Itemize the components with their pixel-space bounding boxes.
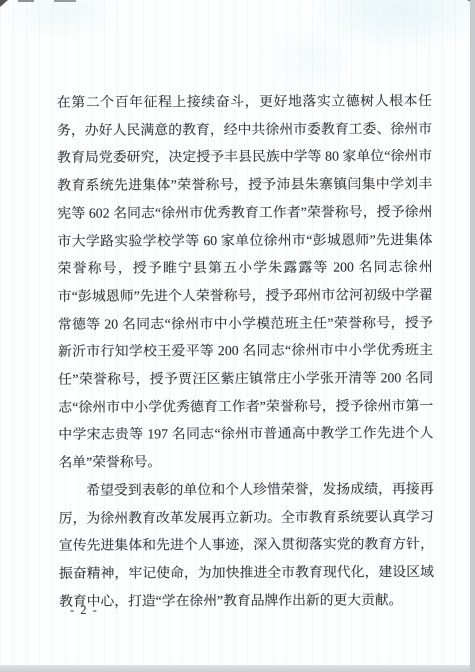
scan-artifact-top-edge-dash: [54, 0, 76, 2]
paragraph-closing-exhortation: 希望受到表彰的单位和个人珍惜荣誉，发扬成绩，再接再厉，为徐州教育改革发展再立新功…: [59, 475, 435, 615]
page-number: - 2 -: [70, 603, 98, 618]
scanned-document-page: 在第二个百年征程上接续奋斗，更好地落实立德树人根本任务，办好人民满意的教育，经中…: [0, 0, 470, 665]
page-edge-shadow-right: [470, 0, 475, 672]
scan-artifact-top-left-corner: [0, 0, 8, 7]
page-edge-shadow-bottom: [0, 665, 470, 672]
paragraph-commendation-list: 在第二个百年征程上接续奋斗，更好地落实立德树人根本任务，办好人民满意的教育，经中…: [57, 87, 434, 476]
document-body-text: 在第二个百年征程上接续奋斗，更好地落实立德树人根本任务，办好人民满意的教育，经中…: [57, 87, 434, 615]
scan-artifact-top-edge-dash: [18, 0, 34, 2]
